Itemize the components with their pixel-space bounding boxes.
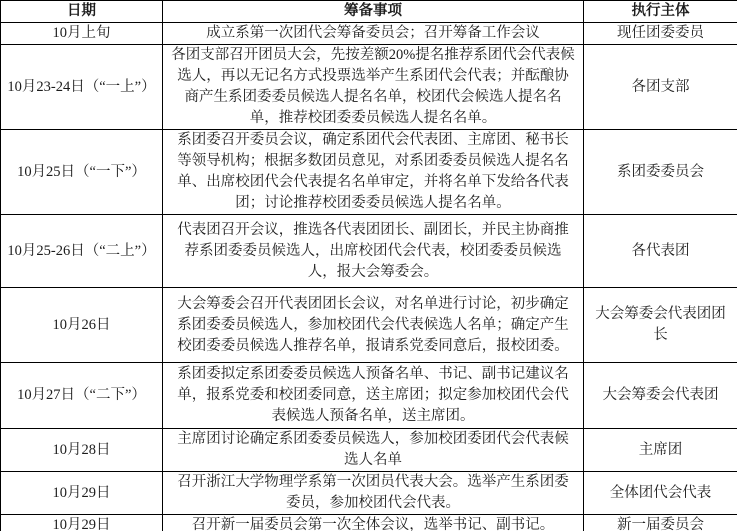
header-date: 日期 [1,1,163,23]
table-row: 10月26日 大会筹委会召开代表团团长会议，对名单进行讨论，初步确定系团委委员候… [1,288,737,363]
table-row: 10月上旬 成立系第一次团代会筹备委员会；召开筹备工作会议 现任团委委员 [1,23,737,45]
date-cell: 10月27日（“二下”） [1,363,163,429]
task-cell: 系团委拟定系团委委员候选人预备名单、书记、副书记建议名单，报系党委和校团委同意，… [163,363,584,429]
date-cell: 10月28日 [1,429,163,472]
header-task: 筹备事项 [163,1,584,23]
executor-cell: 大会筹委会代表团团长 [584,288,737,363]
executor-cell: 各代表团 [584,215,737,288]
date-cell: 10月25日（“一下”） [1,130,163,215]
table-row: 10月28日 主席团讨论确定系团委委员候选人，参加校团委团代会代表候选人名单 主… [1,429,737,472]
table-row: 10月29日 召开浙江大学物理学系第一次团员代表大会。选举产生系团委委员，参加校… [1,472,737,515]
table-row: 10月25-26日（“二上”） 代表团召开会议，推选各代表团团长、副团长，并民主… [1,215,737,288]
executor-cell: 全体团代会代表 [584,472,737,515]
table-row: 10月25日（“一下”） 系团委召开委员会议，确定系团代会代表团、主席团、秘书长… [1,130,737,215]
task-cell: 召开新一届委员会第一次全体会议，选举书记、副书记。 [163,515,584,531]
date-cell: 10月29日 [1,515,163,531]
date-cell: 10月25-26日（“二上”） [1,215,163,288]
task-cell: 各团支部召开团员大会，先按差额20%提名推荐系团代会代表候选人，再以无记名方式投… [163,45,584,130]
date-cell: 10月23-24日（“一上”） [1,45,163,130]
date-cell: 10月29日 [1,472,163,515]
executor-cell: 新一届委员会 [584,515,737,531]
date-cell: 10月26日 [1,288,163,363]
task-cell: 代表团召开会议，推选各代表团团长、副团长，并民主协商推荐系团委委员候选人，出席校… [163,215,584,288]
executor-cell: 各团支部 [584,45,737,130]
table-row: 10月23-24日（“一上”） 各团支部召开团员大会，先按差额20%提名推荐系团… [1,45,737,130]
task-cell: 大会筹委会召开代表团团长会议，对名单进行讨论，初步确定系团委委员候选人，参加校团… [163,288,584,363]
executor-cell: 主席团 [584,429,737,472]
task-cell: 系团委召开委员会议，确定系团代会代表团、主席团、秘书长等领导机构；根据多数团员意… [163,130,584,215]
header-row: 日期 筹备事项 执行主体 [1,1,737,23]
task-cell: 成立系第一次团代会筹备委员会；召开筹备工作会议 [163,23,584,45]
header-executor: 执行主体 [584,1,737,23]
executor-cell: 现任团委委员 [584,23,737,45]
task-cell: 主席团讨论确定系团委委员候选人，参加校团委团代会代表候选人名单 [163,429,584,472]
table-row: 10月29日 召开新一届委员会第一次全体会议，选举书记、副书记。 新一届委员会 [1,515,737,531]
executor-cell: 大会筹委会代表团 [584,363,737,429]
task-cell: 召开浙江大学物理学系第一次团员代表大会。选举产生系团委委员，参加校团代会代表。 [163,472,584,515]
executor-cell: 系团委委员会 [584,130,737,215]
table-row: 10月27日（“二下”） 系团委拟定系团委委员候选人预备名单、书记、副书记建议名… [1,363,737,429]
date-cell: 10月上旬 [1,23,163,45]
preparation-schedule-table: 日期 筹备事项 执行主体 10月上旬 成立系第一次团代会筹备委员会；召开筹备工作… [0,0,737,531]
